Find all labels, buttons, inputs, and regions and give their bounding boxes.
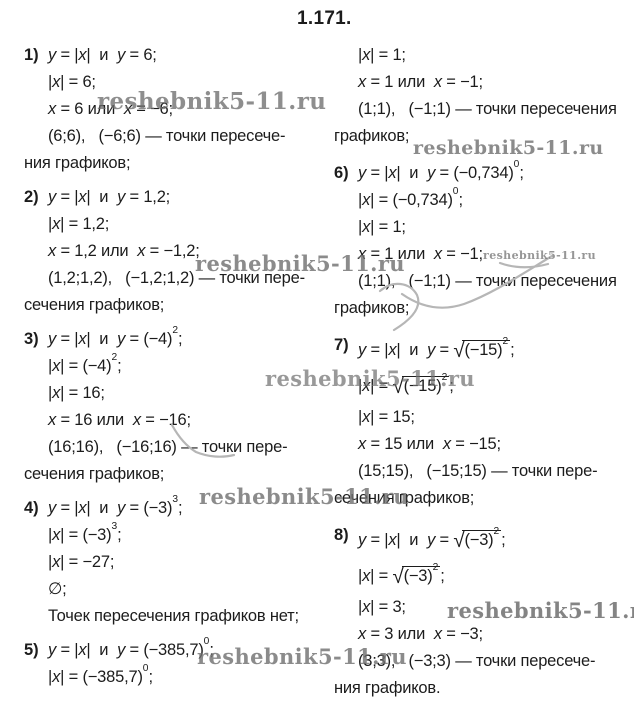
problem-7: 7)y = |x| и y = √(−15)2;|x| = √(−15)2;|x… xyxy=(334,332,634,512)
math-line: |x| = (−0,734)0; xyxy=(358,187,634,214)
problem-lines: y = |x| и y = 6;|x| = 6;x = 6 или x = −6… xyxy=(48,42,330,177)
problem-number: 6) xyxy=(334,160,349,187)
math-line: |x| = √(−15)2; xyxy=(358,368,634,404)
math-line: y = |x| и y = √(−15)2; xyxy=(358,332,634,368)
math-line: x = 1 или x = −1; xyxy=(358,69,634,96)
math-line: |x| = 1; xyxy=(358,42,634,69)
problem-3: 3)y = |x| и y = (−4)2;|x| = (−4)2;|x| = … xyxy=(24,326,330,488)
solution-continuation-block: |x| = 1;x = 1 или x = −1;(1;1), (−1;1) —… xyxy=(334,42,634,150)
math-line: |x| = 1,2; xyxy=(48,211,330,238)
math-line: графиков; xyxy=(334,123,634,150)
math-line: |x| = 1; xyxy=(358,214,634,241)
math-line: x = 1,2 или x = −1,2; xyxy=(48,238,330,265)
exercise-number-heading: 1.171. xyxy=(297,8,352,30)
math-line: x = 16 или x = −16; xyxy=(48,407,330,434)
problem-lines: y = |x| и y = (−385,7)0;|x| = (−385,7)0; xyxy=(48,637,330,691)
math-line: |x| = (−3)3; xyxy=(48,522,330,549)
math-line: (3;3), (−3;3) — точки пересече- xyxy=(358,648,634,675)
math-line: (6;6), (−6;6) — точки пересече- xyxy=(48,123,330,150)
problem-2: 2)y = |x| и y = 1,2;|x| = 1,2;x = 1,2 ил… xyxy=(24,184,330,319)
math-line: x = 6 или x = −6; xyxy=(48,96,330,123)
math-line: (1;1), (−1;1) — точки пересечения xyxy=(358,96,634,123)
math-line: ∅; xyxy=(48,576,330,603)
problem-number: 1) xyxy=(24,42,39,69)
math-line: (15;15), (−15;15) — точки пере- xyxy=(358,458,634,485)
math-line: (16;16), (−16;16) — точки пере- xyxy=(48,434,330,461)
math-line: сечения графиков; xyxy=(24,292,330,319)
problem-number: 4) xyxy=(24,495,39,522)
radical-sign: √ xyxy=(453,341,464,362)
math-line: |x| = 3; xyxy=(358,594,634,621)
math-line: |x| = 15; xyxy=(358,404,634,431)
math-line: x = 1 или x = −1; xyxy=(358,241,634,268)
problem-number: 2) xyxy=(24,184,39,211)
math-line: x = 3 или x = −3; xyxy=(358,621,634,648)
problem-lines: y = |x| и y = 1,2;|x| = 1,2;x = 1,2 или … xyxy=(48,184,330,319)
math-line: графиков; xyxy=(334,295,634,322)
radical-sign: √ xyxy=(453,531,464,552)
math-line: y = |x| и y = (−0,734)0; xyxy=(358,160,634,187)
math-line: y = |x| и y = (−385,7)0; xyxy=(48,637,330,664)
problem-1: 1)y = |x| и y = 6;|x| = 6;x = 6 или x = … xyxy=(24,42,330,177)
math-line: |x| = −27; xyxy=(48,549,330,576)
column-left: 1)y = |x| и y = 6;|x| = 6;x = 6 или x = … xyxy=(24,42,330,698)
problem-lines: y = |x| и y = √(−15)2;|x| = √(−15)2;|x| … xyxy=(358,332,634,512)
problem-number: 3) xyxy=(24,326,39,353)
radical-sign: √ xyxy=(392,567,403,588)
math-line: y = |x| и y = (−3)3; xyxy=(48,495,330,522)
math-line: y = |x| и y = (−4)2; xyxy=(48,326,330,353)
problem-number: 7) xyxy=(334,332,349,359)
math-line: |x| = √(−3)2; xyxy=(358,558,634,594)
math-line: (1,2;1,2), (−1,2;1,2) — точки пере- xyxy=(48,265,330,292)
radical-sign: √ xyxy=(392,377,403,398)
problem-lines: y = |x| и y = (−0,734)0;|x| = (−0,734)0;… xyxy=(358,160,634,322)
math-line: |x| = 6; xyxy=(48,69,330,96)
math-line: ния графиков; xyxy=(24,150,330,177)
math-line: сечения графиков; xyxy=(334,485,634,512)
problem-4: 4)y = |x| и y = (−3)3;|x| = (−3)3;|x| = … xyxy=(24,495,330,630)
column-right: |x| = 1;x = 1 или x = −1;(1;1), (−1;1) —… xyxy=(334,42,634,712)
math-line: |x| = 16; xyxy=(48,380,330,407)
math-line: (1;1), (−1;1) — точки пересечения xyxy=(358,268,634,295)
math-line: y = |x| и y = 6; xyxy=(48,42,330,69)
problem-number: 5) xyxy=(24,637,39,664)
problem-8: 8)y = |x| и y = √(−3)2;|x| = √(−3)2;|x| … xyxy=(334,522,634,702)
math-line: x = 15 или x = −15; xyxy=(358,431,634,458)
math-line: |x| = (−4)2; xyxy=(48,353,330,380)
problem-lines: y = |x| и y = √(−3)2;|x| = √(−3)2;|x| = … xyxy=(358,522,634,702)
math-line: |x| = (−385,7)0; xyxy=(48,664,330,691)
math-line: ния графиков. xyxy=(334,675,634,702)
scanned-solution-page: 1.171. 1)y = |x| и y = 6;|x| = 6;x = 6 и… xyxy=(0,0,634,728)
problem-5: 5)y = |x| и y = (−385,7)0;|x| = (−385,7)… xyxy=(24,637,330,691)
problem-lines: y = |x| и y = (−3)3;|x| = (−3)3;|x| = −2… xyxy=(48,495,330,630)
math-line: y = |x| и y = 1,2; xyxy=(48,184,330,211)
problem-lines: y = |x| и y = (−4)2;|x| = (−4)2;|x| = 16… xyxy=(48,326,330,488)
problem-lines: |x| = 1;x = 1 или x = −1;(1;1), (−1;1) —… xyxy=(358,42,634,150)
math-line: Точек пересечения графиков нет; xyxy=(48,603,330,630)
math-line: сечения графиков; xyxy=(24,461,330,488)
problem-number: 8) xyxy=(334,522,349,549)
problem-6: 6)y = |x| и y = (−0,734)0;|x| = (−0,734)… xyxy=(334,160,634,322)
math-line: y = |x| и y = √(−3)2; xyxy=(358,522,634,558)
